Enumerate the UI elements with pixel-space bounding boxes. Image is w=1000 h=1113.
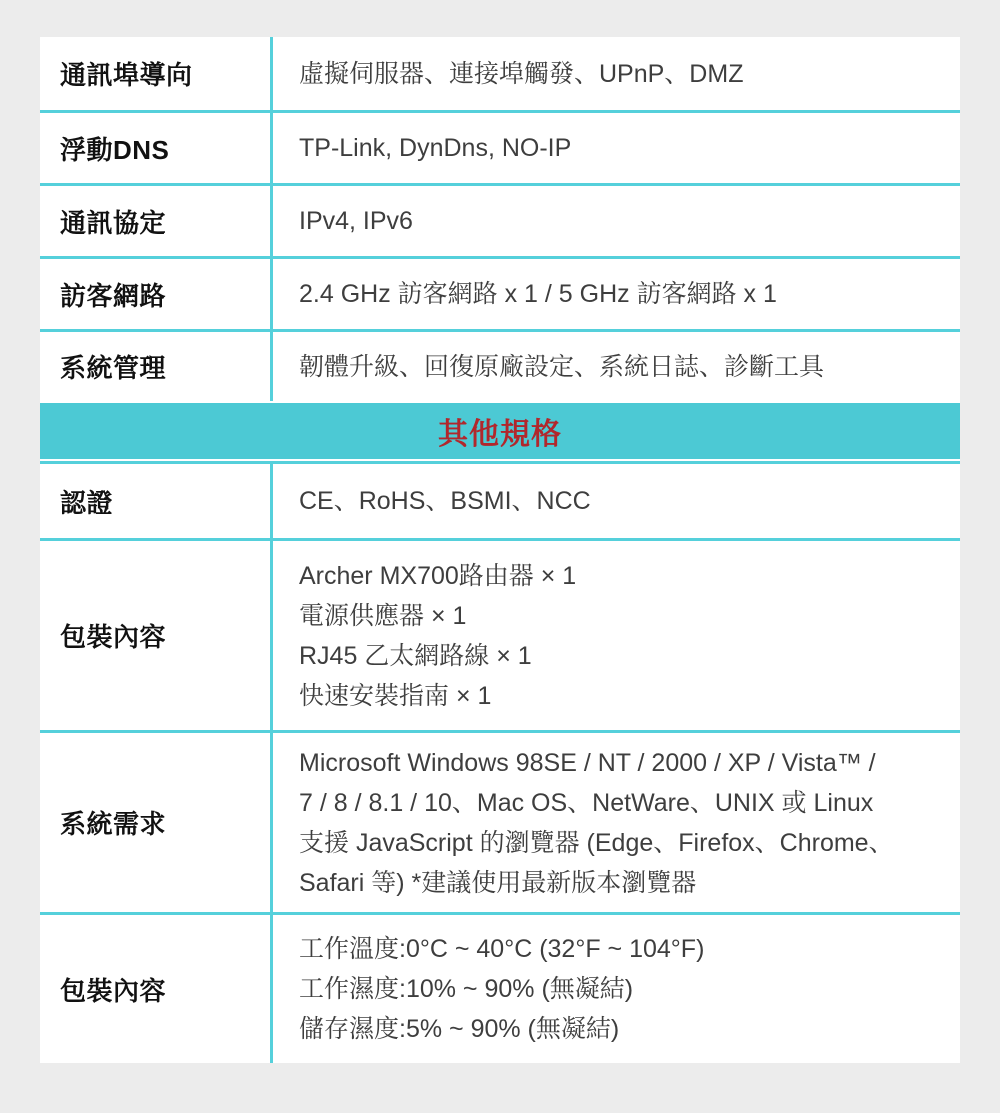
spec-value-line: 工作濕度:10% ~ 90% (無凝結) [299,969,940,1009]
spec-value-line: 韌體升級、回復原廠設定、系統日誌、診斷工具 [299,347,940,387]
spec-value-line: 工作溫度:0°C ~ 40°C (32°F ~ 104°F) [299,929,940,969]
section-header-band: 其他規格 [40,403,960,459]
spec-value: 虛擬伺服器、連接埠觸發、UPnP、DMZ [270,37,960,110]
spec-value-line: 支援 JavaScript 的瀏覽器 (Edge、Firefox、Chrome、 [299,823,940,863]
spec-label: 包裝內容 [40,915,270,1063]
spec-label: 系統需求 [40,733,270,912]
spec-row: 認證 CE、RoHS、BSMI、NCC [40,461,960,538]
spec-value: Microsoft Windows 98SE / NT / 2000 / XP … [270,733,960,912]
spec-value-line: 虛擬伺服器、連接埠觸發、UPnP、DMZ [299,54,940,94]
spec-value-line: 7 / 8 / 8.1 / 10、Mac OS、NetWare、UNIX 或 L… [299,783,940,823]
spec-row: 浮動DNS TP-Link, DynDns, NO-IP [40,110,960,183]
spec-row: 包裝內容 Archer MX700路由器 × 1 電源供應器 × 1 RJ45 … [40,538,960,730]
spec-label: 訪客網路 [40,259,270,329]
page: 通訊埠導向 虛擬伺服器、連接埠觸發、UPnP、DMZ 浮動DNS TP-Link… [0,0,1000,1113]
spec-value-line: 儲存濕度:5% ~ 90% (無凝結) [299,1009,940,1049]
spec-row: 系統需求 Microsoft Windows 98SE / NT / 2000 … [40,730,960,912]
spec-value-line: Microsoft Windows 98SE / NT / 2000 / XP … [299,743,940,783]
spec-label: 浮動DNS [40,113,270,183]
spec-row: 訪客網路 2.4 GHz 訪客網路 x 1 / 5 GHz 訪客網路 x 1 [40,256,960,329]
spec-value-line: Safari 等) *建議使用最新版本瀏覽器 [299,863,940,903]
spec-table: 通訊埠導向 虛擬伺服器、連接埠觸發、UPnP、DMZ 浮動DNS TP-Link… [40,37,960,1063]
spec-label: 系統管理 [40,332,270,401]
section-title: 其他規格 [438,409,562,453]
spec-value: 2.4 GHz 訪客網路 x 1 / 5 GHz 訪客網路 x 1 [270,259,960,329]
spec-label: 認證 [40,464,270,538]
spec-value-line: Archer MX700路由器 × 1 [299,556,940,596]
spec-value-line: 電源供應器 × 1 [299,596,940,636]
spec-value: 韌體升級、回復原廠設定、系統日誌、診斷工具 [270,332,960,401]
spec-label: 包裝內容 [40,541,270,730]
spec-value-line: TP-Link, DynDns, NO-IP [299,128,940,168]
spec-row: 通訊協定 IPv4, IPv6 [40,183,960,256]
spec-value: 工作溫度:0°C ~ 40°C (32°F ~ 104°F) 工作濕度:10% … [270,915,960,1063]
spec-label: 通訊協定 [40,186,270,256]
spec-value: Archer MX700路由器 × 1 電源供應器 × 1 RJ45 乙太網路線… [270,541,960,730]
spec-row: 系統管理 韌體升級、回復原廠設定、系統日誌、診斷工具 [40,329,960,401]
spec-row: 包裝內容 工作溫度:0°C ~ 40°C (32°F ~ 104°F) 工作濕度… [40,912,960,1063]
spec-value-line: CE、RoHS、BSMI、NCC [299,481,940,521]
spec-value: IPv4, IPv6 [270,186,960,256]
spec-value-line: RJ45 乙太網路線 × 1 [299,636,940,676]
spec-value: TP-Link, DynDns, NO-IP [270,113,960,183]
spec-label: 通訊埠導向 [40,37,270,110]
spec-value: CE、RoHS、BSMI、NCC [270,464,960,538]
spec-value-line: 快速安裝指南 × 1 [299,676,940,716]
spec-value-line: 2.4 GHz 訪客網路 x 1 / 5 GHz 訪客網路 x 1 [299,274,940,314]
spec-value-line: IPv4, IPv6 [299,201,940,241]
spec-row: 通訊埠導向 虛擬伺服器、連接埠觸發、UPnP、DMZ [40,37,960,110]
